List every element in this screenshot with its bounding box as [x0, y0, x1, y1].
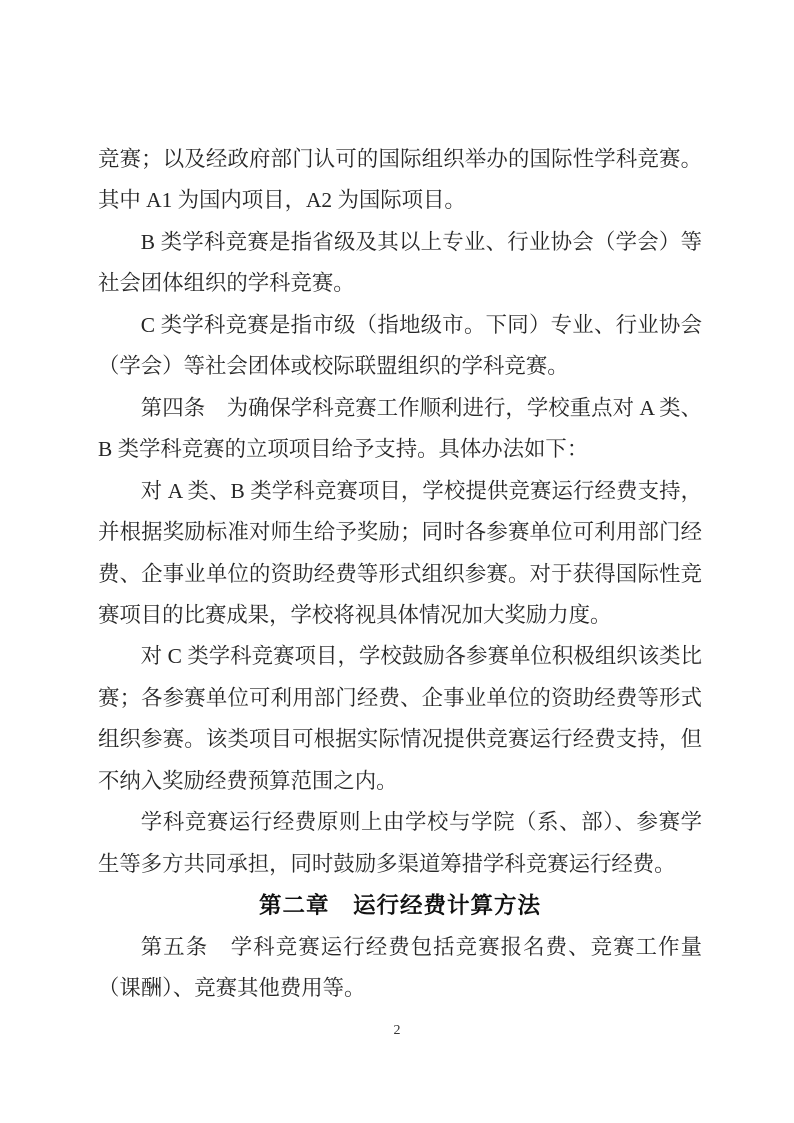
paragraph: 第五条 学科竞赛运行经费包括竞赛报名费、竞赛工作量（课酬）、竞赛其他费用等。 [98, 927, 702, 1010]
paragraph: 对 C 类学科竞赛项目，学校鼓励各参赛单位积极组织该类比赛；各参赛单位可利用部门… [98, 636, 702, 802]
page-footer: 2 [0, 1021, 794, 1039]
paragraph: 第四条 为确保学科竞赛工作顺利进行，学校重点对 A 类、B 类学科竞赛的立项项目… [98, 388, 702, 471]
page-number: 2 [394, 1023, 401, 1038]
paragraph: 竞赛；以及经政府部门认可的国际组织举办的国际性学科竞赛。其中 A1 为国内项目，… [98, 139, 702, 222]
document-body: 竞赛；以及经政府部门认可的国际组织举办的国际性学科竞赛。其中 A1 为国内项目，… [98, 139, 702, 1010]
document-page: 竞赛；以及经政府部门认可的国际组织举办的国际性学科竞赛。其中 A1 为国内项目，… [0, 0, 794, 1123]
paragraph: C 类学科竞赛是指市级（指地级市。下同）专业、行业协会（学会）等社会团体或校际联… [98, 305, 702, 388]
paragraph: 学科竞赛运行经费原则上由学校与学院（系、部）、参赛学生等多方共同承担，同时鼓励多… [98, 802, 702, 885]
chapter-heading: 第二章 运行经费计算方法 [98, 885, 702, 926]
paragraph: 对 A 类、B 类学科竞赛项目，学校提供竞赛运行经费支持，并根据奖励标准对师生给… [98, 471, 702, 637]
paragraph: B 类学科竞赛是指省级及其以上专业、行业协会（学会）等社会团体组织的学科竞赛。 [98, 222, 702, 305]
